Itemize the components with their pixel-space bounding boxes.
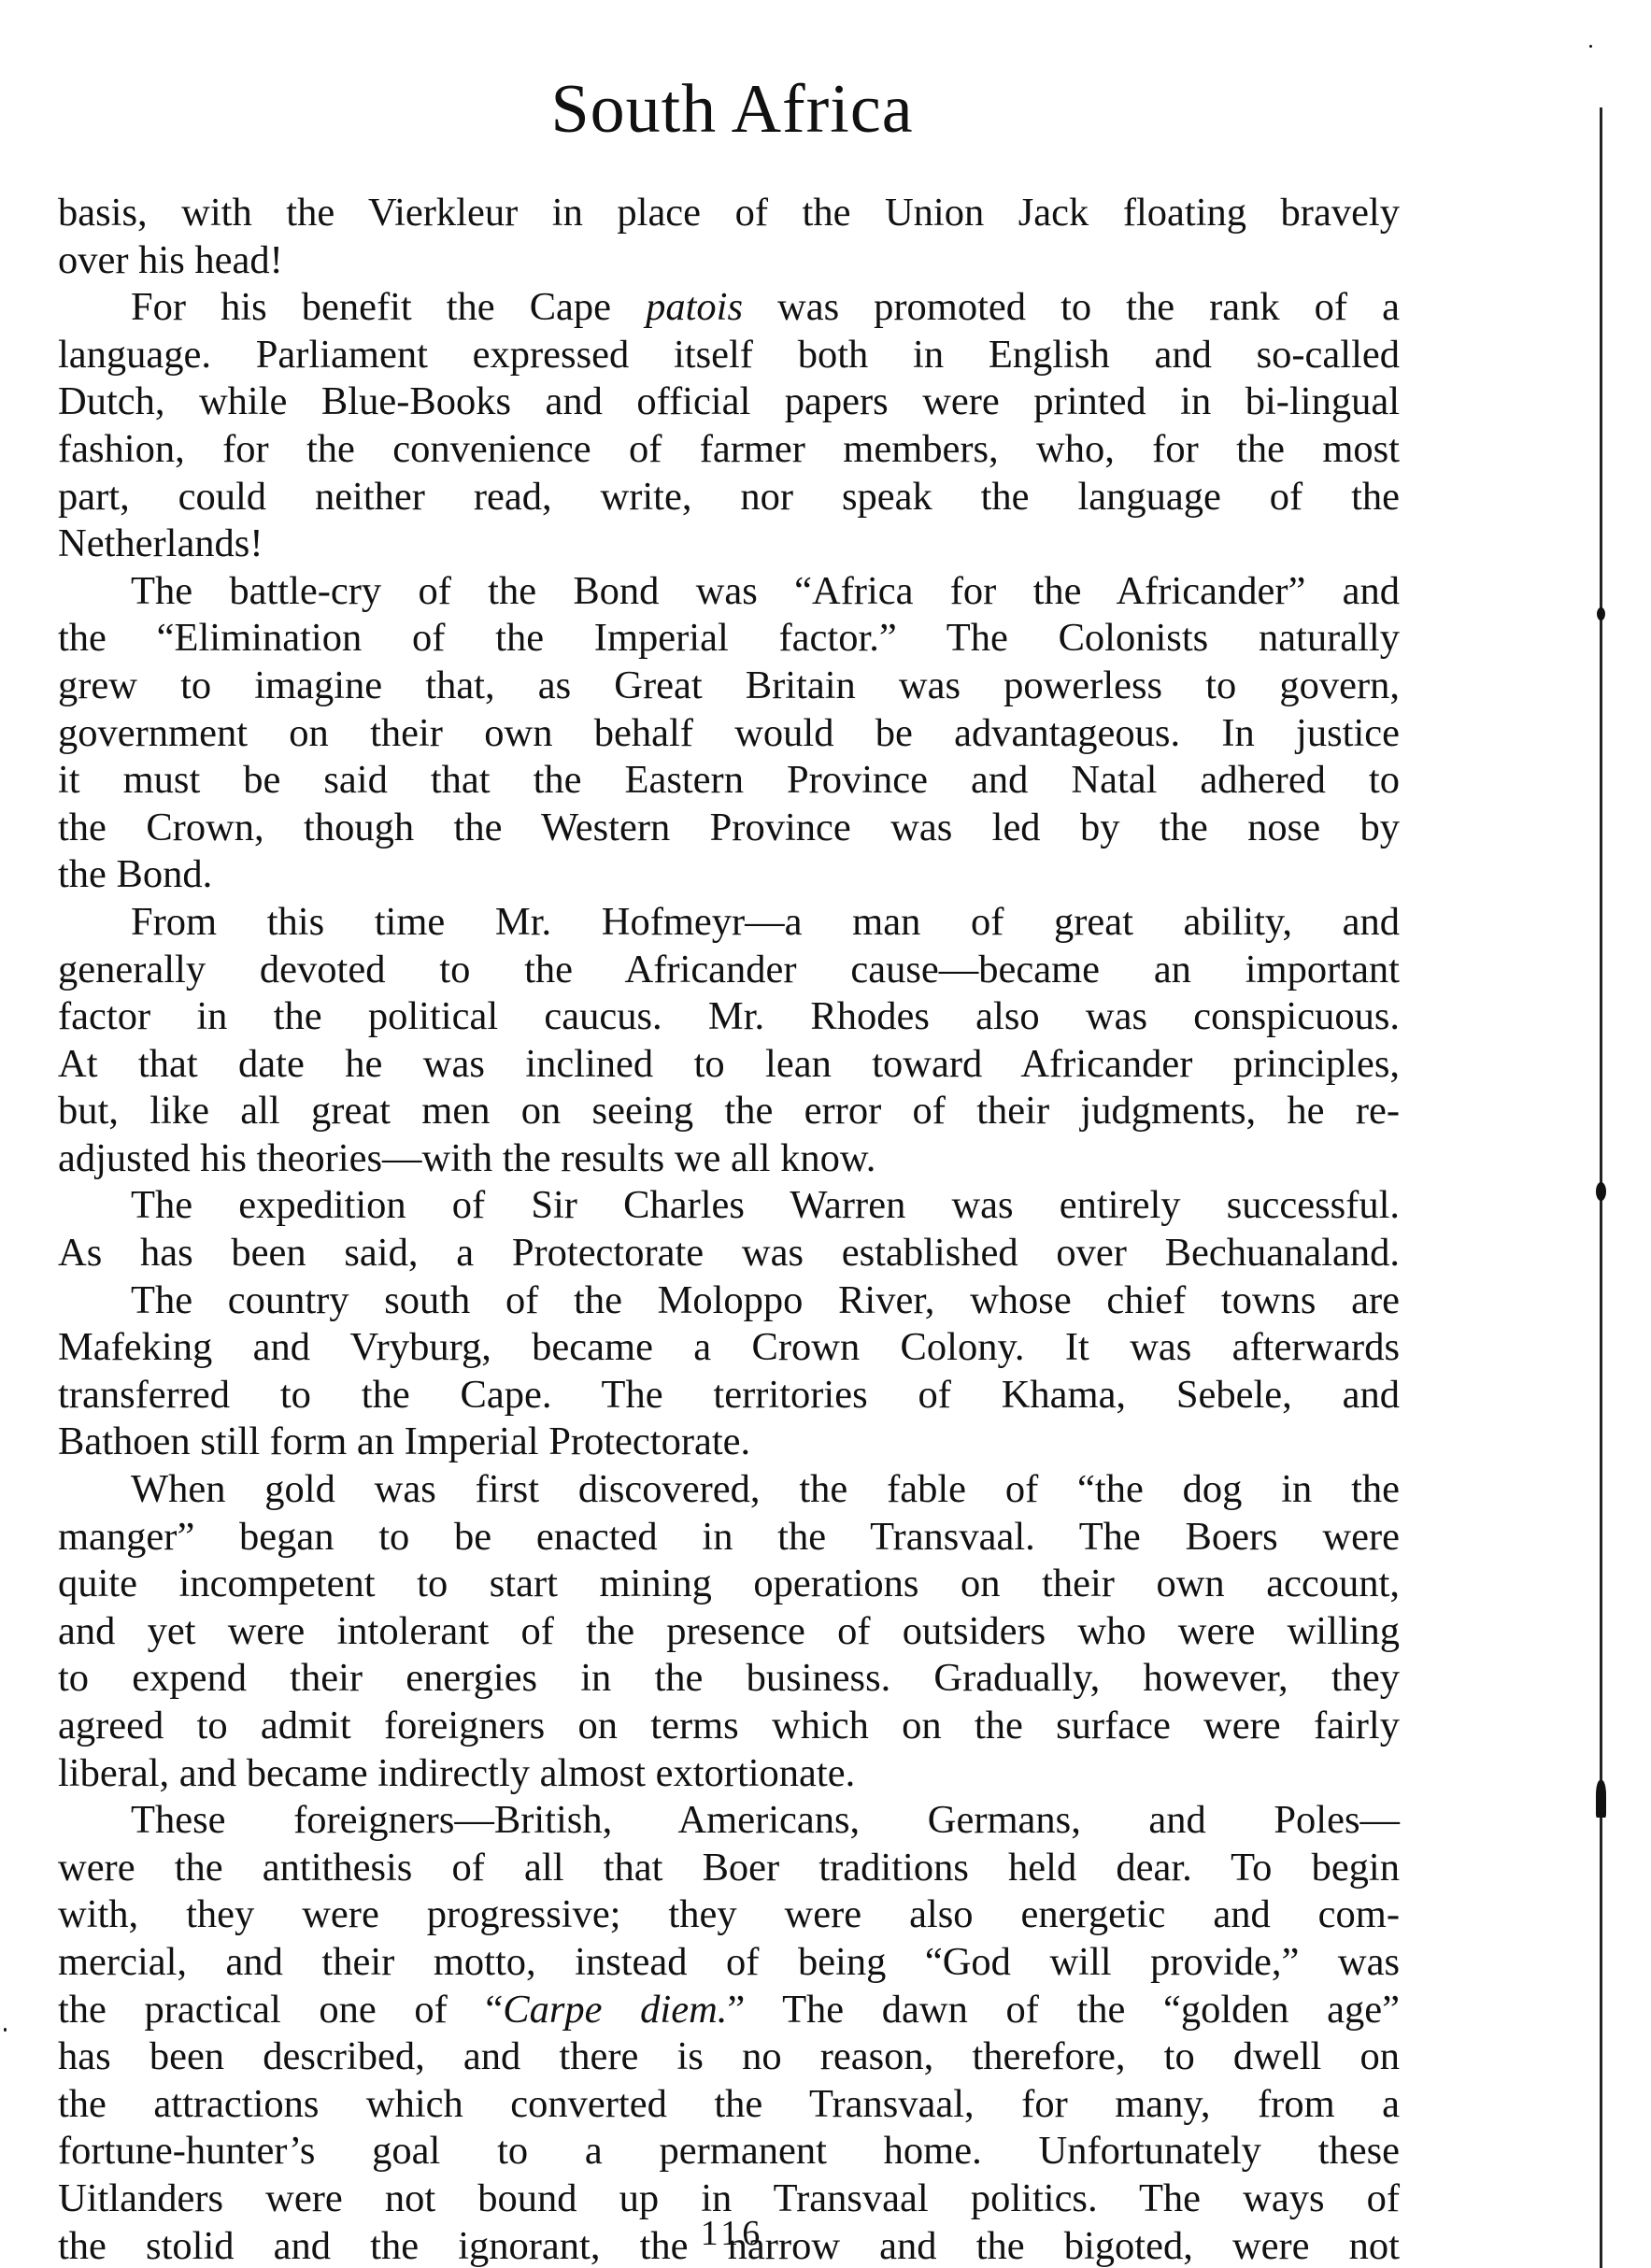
text-line: When gold was first discovered, the fabl…: [58, 1466, 1400, 1514]
text-line: the attractions which converted the Tran…: [58, 2081, 1400, 2129]
text-line: grew to imagine that, as Great Britain w…: [58, 663, 1400, 710]
text-line: The expedition of Sir Charles Warren was…: [58, 1182, 1400, 1230]
stray-mark: [4, 2028, 7, 2032]
text-line: For his benefit the Cape patois was prom…: [58, 284, 1400, 332]
text-line: At that date he was inclined to lean tow…: [58, 1041, 1400, 1089]
italic-term: patois: [646, 285, 743, 329]
text-line: The country south of the Moloppo River, …: [58, 1277, 1400, 1325]
text-line: but, like all great men on seeing the er…: [58, 1088, 1400, 1135]
text-line: adjusted his theories—with the results w…: [58, 1135, 1400, 1183]
text-line: the “Elimination of the Imperial factor.…: [58, 615, 1400, 663]
text-line: over his head!: [58, 237, 1400, 285]
binding-mark: [1596, 1182, 1606, 1201]
text-line: manger” began to be enacted in the Trans…: [58, 1514, 1400, 1562]
text-line: liberal, and became indirectly almost ex…: [58, 1750, 1400, 1798]
text-line: and yet were intolerant of the presence …: [58, 1608, 1400, 1656]
text-line: to expend their energies in the business…: [58, 1655, 1400, 1703]
stray-mark: [1589, 45, 1592, 48]
text-line: These foreigners—British, Americans, Ger…: [58, 1797, 1400, 1845]
text-line: agreed to admit foreigners on terms whic…: [58, 1703, 1400, 1750]
text-line: The battle-cry of the Bond was “Africa f…: [58, 568, 1400, 616]
text-line: mercial, and their motto, instead of bei…: [58, 1939, 1400, 1987]
text-line: basis, with the Vierkleur in place of th…: [58, 190, 1400, 237]
running-head: South Africa: [0, 67, 1464, 151]
text-line: language. Parliament expressed itself bo…: [58, 332, 1400, 379]
page-number: 116: [0, 2213, 1464, 2254]
text-line: government on their own behalf would be …: [58, 710, 1400, 758]
binding-mark: [1596, 1780, 1606, 1818]
text-line: the Bond.: [58, 851, 1400, 899]
text-line: has been described, and there is no reas…: [58, 2033, 1400, 2081]
text-line: with, they were progressive; they were a…: [58, 1891, 1400, 1939]
text-line: transferred to the Cape. The territories…: [58, 1372, 1400, 1419]
binding-mark: [1597, 607, 1605, 620]
text-line: As has been said, a Protectorate was est…: [58, 1230, 1400, 1277]
italic-term: Carpe diem.: [503, 1988, 727, 2032]
text-line: were the antithesis of all that Boer tra…: [58, 1845, 1400, 1892]
text-line: it must be said that the Eastern Provinc…: [58, 757, 1400, 805]
text-line: part, could neither read, write, nor spe…: [58, 474, 1400, 521]
text-line: Mafeking and Vryburg, became a Crown Col…: [58, 1324, 1400, 1372]
text-line: fashion, for the convenience of farmer m…: [58, 426, 1400, 474]
text-line: quite incompetent to start mining operat…: [58, 1561, 1400, 1608]
text-line: Netherlands!: [58, 521, 1400, 568]
body-text: basis, with the Vierkleur in place of th…: [58, 190, 1400, 2268]
text-line: the practical one of “Carpe diem.” The d…: [58, 1987, 1400, 2034]
text-line: From this time Mr. Hofmeyr—a man of grea…: [58, 899, 1400, 947]
text-line: factor in the political caucus. Mr. Rhod…: [58, 993, 1400, 1041]
text-line: Dutch, while Blue-Books and official pap…: [58, 378, 1400, 426]
text-line: fortune-hunter’s goal to a permanent hom…: [58, 2128, 1400, 2175]
text-line: the Crown, though the Western Province w…: [58, 805, 1400, 852]
text-line: Bathoen still form an Imperial Protector…: [58, 1419, 1400, 1466]
text-line: generally devoted to the Africander caus…: [58, 947, 1400, 994]
